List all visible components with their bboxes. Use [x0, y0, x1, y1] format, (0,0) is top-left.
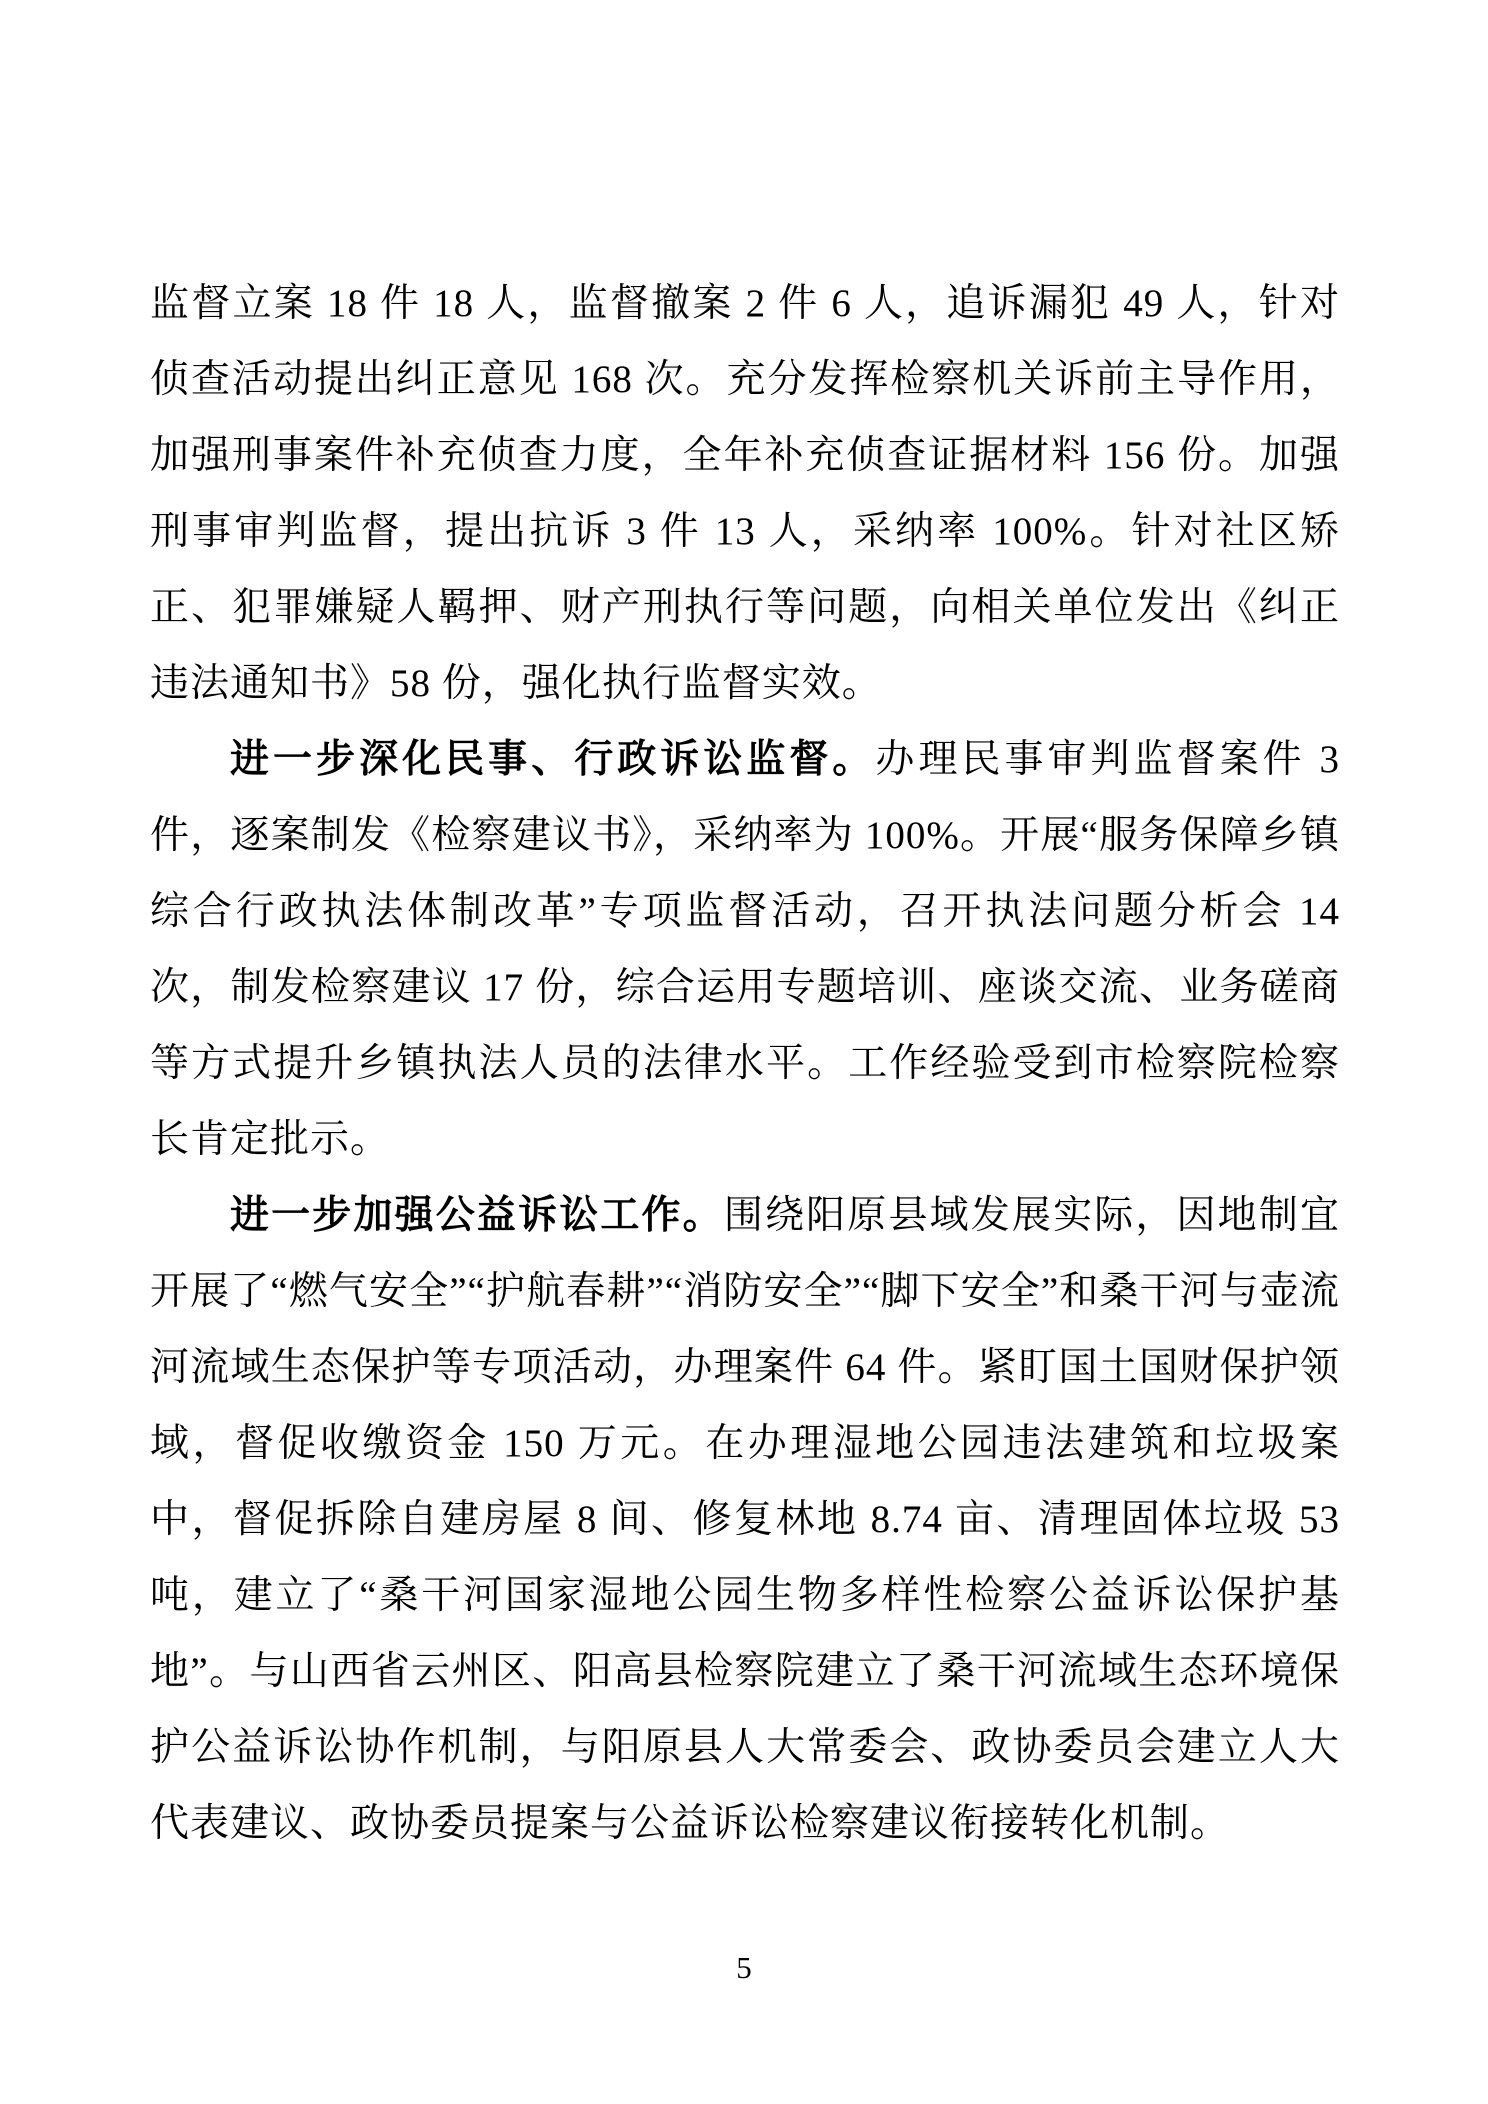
paragraph-text: 围绕阳原县域发展实际，因地制宜开展了“燃气安全”“护航春耕”“消防安全”“脚下安… — [150, 1194, 1340, 1845]
paragraph-bold-lead: 进一步加强公益诉讼工作。 — [230, 1194, 724, 1237]
paragraph-civil-administrative-litigation-supervision: 进一步深化民事、行政诉讼监督。办理民事审判监督案件 3 件，逐案制发《检察建议书… — [150, 722, 1340, 1178]
page-number: 5 — [0, 1948, 1488, 1988]
page-body-text: 监督立案 18 件 18 人，监督撤案 2 件 6 人，追诉漏犯 49 人，针对… — [150, 266, 1340, 1862]
paragraph-text: 监督立案 18 件 18 人，监督撤案 2 件 6 人，追诉漏犯 49 人，针对… — [150, 282, 1340, 705]
paragraph-bold-lead: 进一步深化民事、行政诉讼监督。 — [230, 738, 875, 781]
document-page: 监督立案 18 件 18 人，监督撤案 2 件 6 人，追诉漏犯 49 人，针对… — [0, 0, 1488, 2104]
paragraph-text: 办理民事审判监督案件 3 件，逐案制发《检察建议书》，采纳率为 100%。开展“… — [150, 738, 1340, 1161]
paragraph-continuation: 监督立案 18 件 18 人，监督撤案 2 件 6 人，追诉漏犯 49 人，针对… — [150, 266, 1340, 722]
paragraph-public-interest-litigation: 进一步加强公益诉讼工作。围绕阳原县域发展实际，因地制宜开展了“燃气安全”“护航春… — [150, 1178, 1340, 1862]
